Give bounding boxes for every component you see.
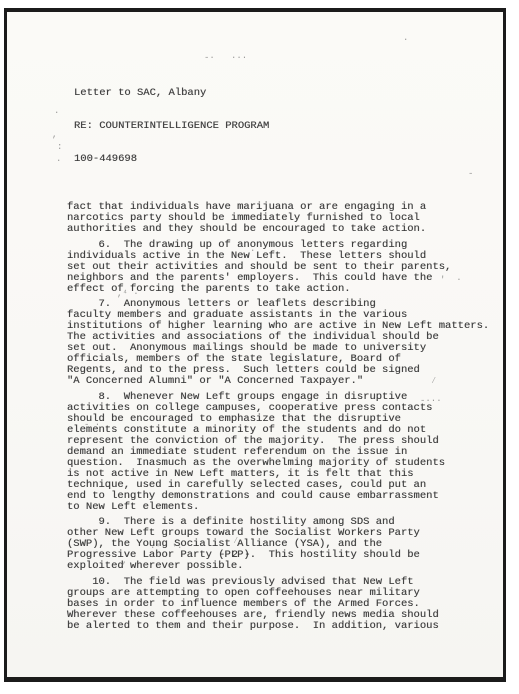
paragraph-item-8: 8. Whenever New Left groups engage in di… [67, 392, 497, 513]
scanned-document: Letter to SAC, Albany RE: COUNTERINTELLI… [0, 0, 519, 694]
paragraph-item-10: 10. The field was previously advised tha… [67, 577, 497, 632]
letter-header-subject: RE: COUNTERINTELLIGENCE PROGRAM [74, 121, 497, 132]
letter-header-recipient: Letter to SAC, Albany [74, 88, 497, 99]
page-number: - 2 - [219, 550, 251, 561]
scan-border-frame: Letter to SAC, Albany RE: COUNTERINTELLI… [4, 8, 506, 682]
paragraph-item-6: 6. The drawing up of anonymous letters r… [67, 240, 497, 295]
paragraph-item-7: 7. Anonymous letters or leaflets describ… [67, 299, 497, 387]
letter-header: Letter to SAC, Albany RE: COUNTERINTELLI… [74, 66, 497, 187]
letter-header-file-number: 100-449698 [74, 154, 497, 165]
paragraph-item-9: 9. There is a definite hostility among S… [67, 517, 497, 572]
document-body: Letter to SAC, Albany RE: COUNTERINTELLI… [67, 66, 497, 636]
paragraph-continuation: fact that individuals have marijuana or … [67, 202, 497, 235]
